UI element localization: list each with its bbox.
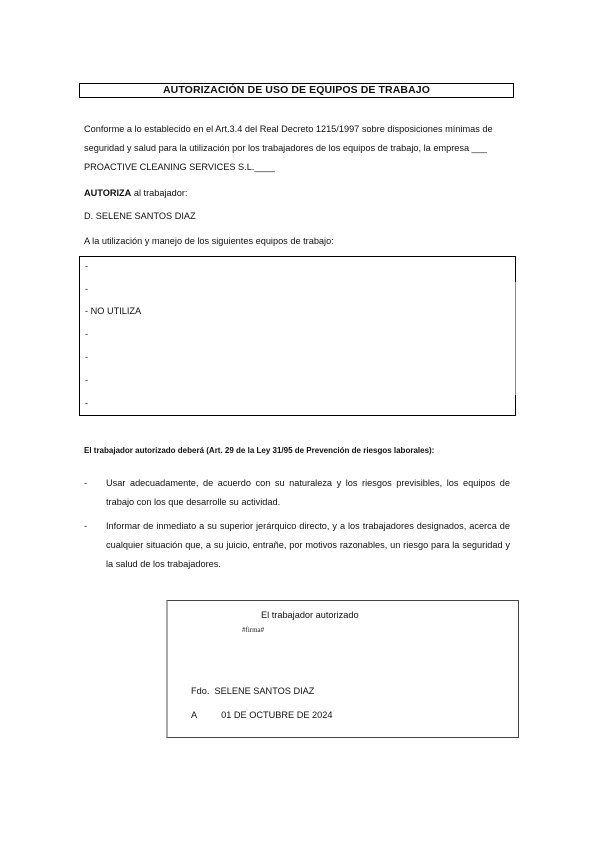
duty-item: - Usar adecuadamente, de acuerdo con su … <box>84 474 510 512</box>
equipment-item: - <box>85 283 88 295</box>
date-prefix: A <box>191 710 197 720</box>
document-title: AUTORIZACIÓN DE USO DE EQUIPOS DE TRABAJ… <box>79 83 514 98</box>
signature-placeholder: #firma# <box>242 626 264 634</box>
signed-by: Fdo. SELENE SANTOS DIAZ <box>191 686 314 696</box>
signature-date: 01 DE OCTUBRE DE 2024 <box>221 710 332 720</box>
authorize-rest: al trabajador: <box>131 188 187 198</box>
equipment-item: - NO UTILIZA <box>85 305 141 317</box>
authorize-keyword: AUTORIZA <box>84 188 131 198</box>
signature-box: El trabajador autorizado #firma# Fdo. SE… <box>166 600 519 738</box>
equipment-item: - <box>85 260 88 272</box>
bullet-dash: - <box>84 517 87 536</box>
equipment-item: - <box>85 397 88 409</box>
bullet-dash: - <box>84 474 87 493</box>
signature-title: El trabajador autorizado <box>261 610 359 620</box>
duty-item: - Informar de inmediato a su superior je… <box>84 517 510 574</box>
signature-date-line: A01 DE OCTUBRE DE 2024 <box>191 710 332 720</box>
equipment-intro: A la utilización y manejo de los siguien… <box>84 232 512 251</box>
intro-paragraph: Conforme a lo establecido en el Art.3.4 … <box>84 120 512 177</box>
duty-text: Informar de inmediato a su superior jerá… <box>106 517 510 574</box>
duty-text: Usar adecuadamente, de acuerdo con su na… <box>106 474 510 512</box>
worker-name: D. SELENE SANTOS DIAZ <box>84 207 512 226</box>
equipment-list-box: - - - NO UTILIZA - - - - <box>79 256 516 416</box>
equipment-item: - <box>85 374 88 386</box>
equipment-item: - <box>85 328 88 340</box>
authorize-line: AUTORIZA al trabajador: <box>84 184 512 203</box>
duties-heading: El trabajador autorizado deberá (Art. 29… <box>84 446 514 455</box>
equipment-item: - <box>85 351 88 363</box>
